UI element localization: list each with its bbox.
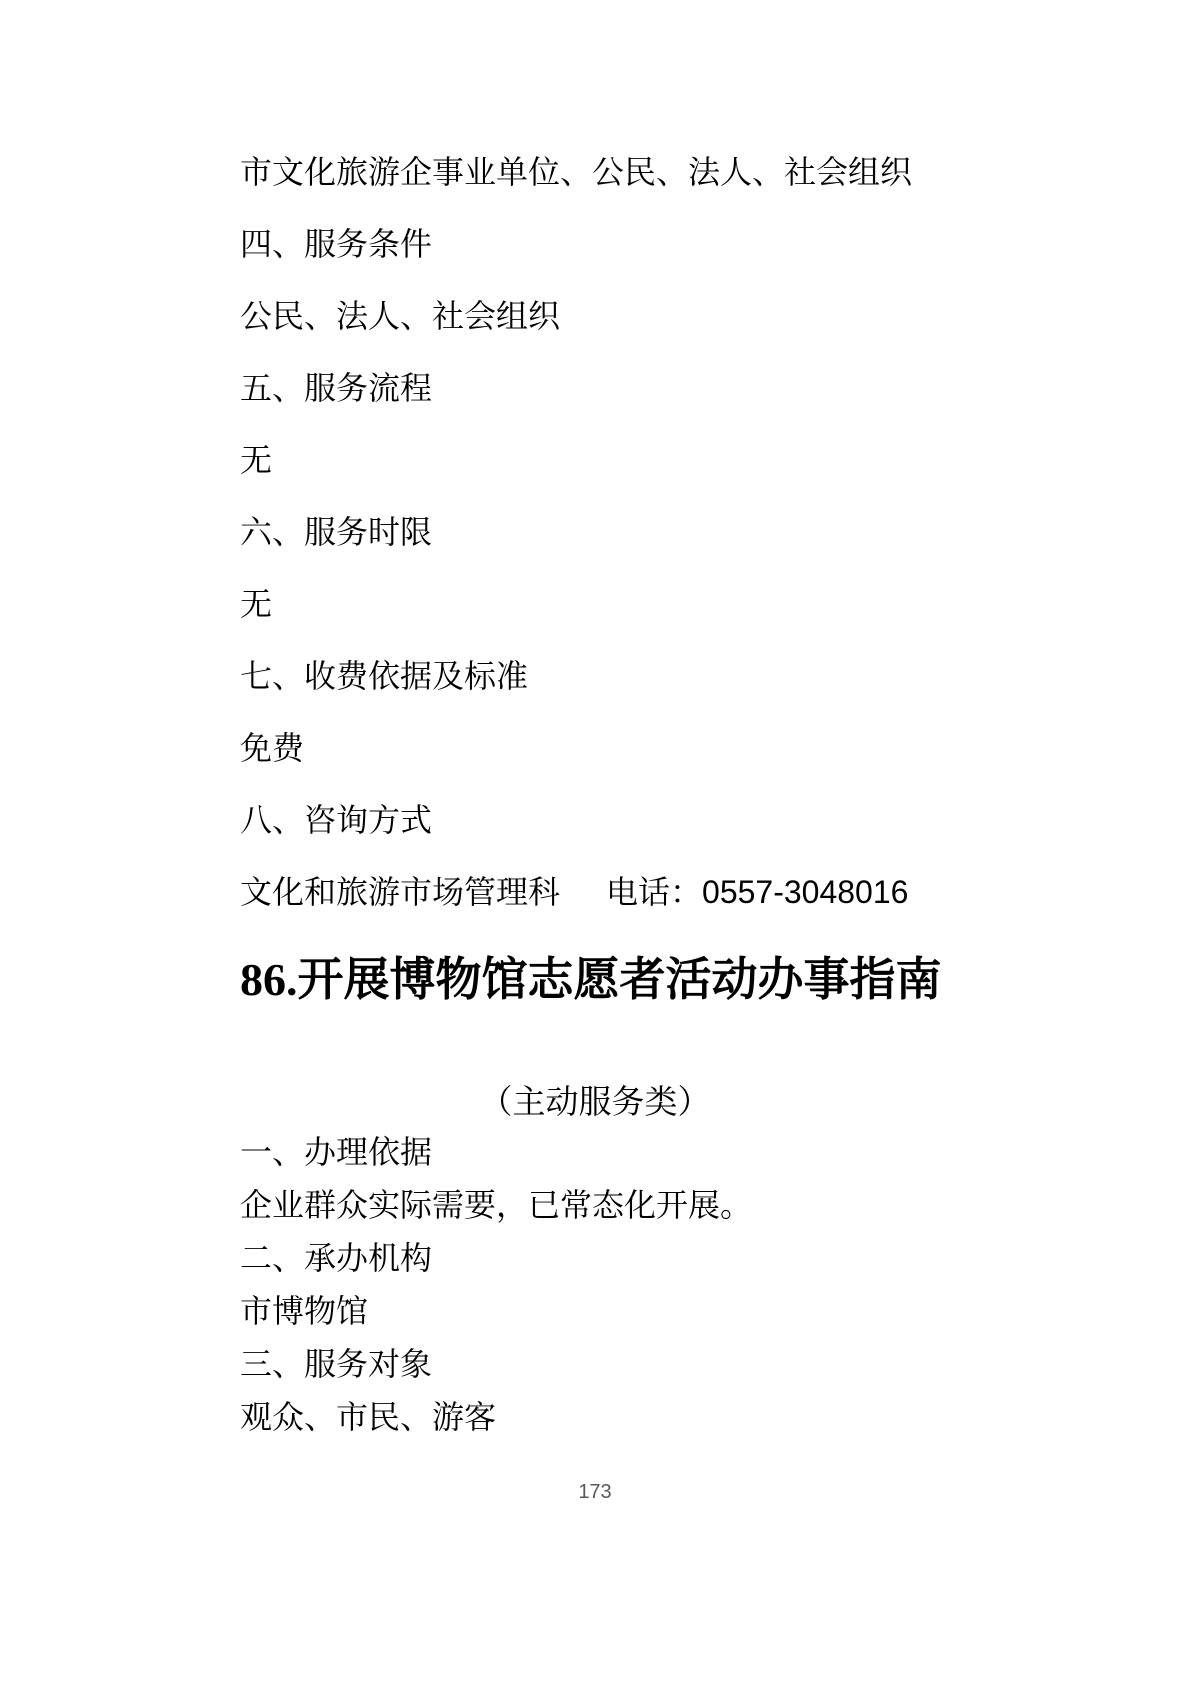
document-page: 市文化旅游企事业单位、公民、法人、社会组织 四、服务条件 公民、法人、社会组织 … bbox=[0, 0, 1190, 1683]
section-heading-2: 二、承办机构 bbox=[240, 1232, 950, 1285]
guide-86-sections: 一、办理依据 企业群众实际需要，已常态化开展。 二、承办机构 市博物馆 三、服务… bbox=[240, 1126, 950, 1444]
service-target-line: 市文化旅游企事业单位、公民、法人、社会组织 bbox=[240, 136, 950, 208]
section-body-3: 观众、市民、游客 bbox=[240, 1391, 950, 1444]
document-content: 市文化旅游企事业单位、公民、法人、社会组织 四、服务条件 公民、法人、社会组织 … bbox=[240, 0, 950, 1444]
section-heading-3: 三、服务对象 bbox=[240, 1338, 950, 1391]
section-body-2: 市博物馆 bbox=[240, 1285, 950, 1338]
section-body-4: 公民、法人、社会组织 bbox=[240, 280, 950, 352]
guide-subtitle: （主动服务类） bbox=[240, 1078, 950, 1126]
guide-title: 86.开展博物馆志愿者活动办事指南 bbox=[240, 944, 890, 1016]
section-heading-7: 七、收费依据及标准 bbox=[240, 640, 950, 712]
contact-line: 文化和旅游市场管理科电话：0557-3048016 bbox=[240, 856, 950, 928]
section-heading-6: 六、服务时限 bbox=[240, 496, 950, 568]
section-body-5: 无 bbox=[240, 424, 950, 496]
contact-phone: 电话：0557-3048016 bbox=[606, 874, 908, 910]
page-number: 173 bbox=[0, 1480, 1190, 1504]
section-body-7: 免费 bbox=[240, 712, 950, 784]
section-heading-5: 五、服务流程 bbox=[240, 352, 950, 424]
section-heading-8: 八、咨询方式 bbox=[240, 784, 950, 856]
previous-guide-tail: 市文化旅游企事业单位、公民、法人、社会组织 四、服务条件 公民、法人、社会组织 … bbox=[240, 136, 950, 928]
contact-department: 文化和旅游市场管理科 bbox=[240, 874, 560, 910]
section-body-1: 企业群众实际需要，已常态化开展。 bbox=[240, 1179, 950, 1232]
section-heading-4: 四、服务条件 bbox=[240, 208, 950, 280]
section-heading-1: 一、办理依据 bbox=[240, 1126, 950, 1179]
section-body-6: 无 bbox=[240, 568, 950, 640]
